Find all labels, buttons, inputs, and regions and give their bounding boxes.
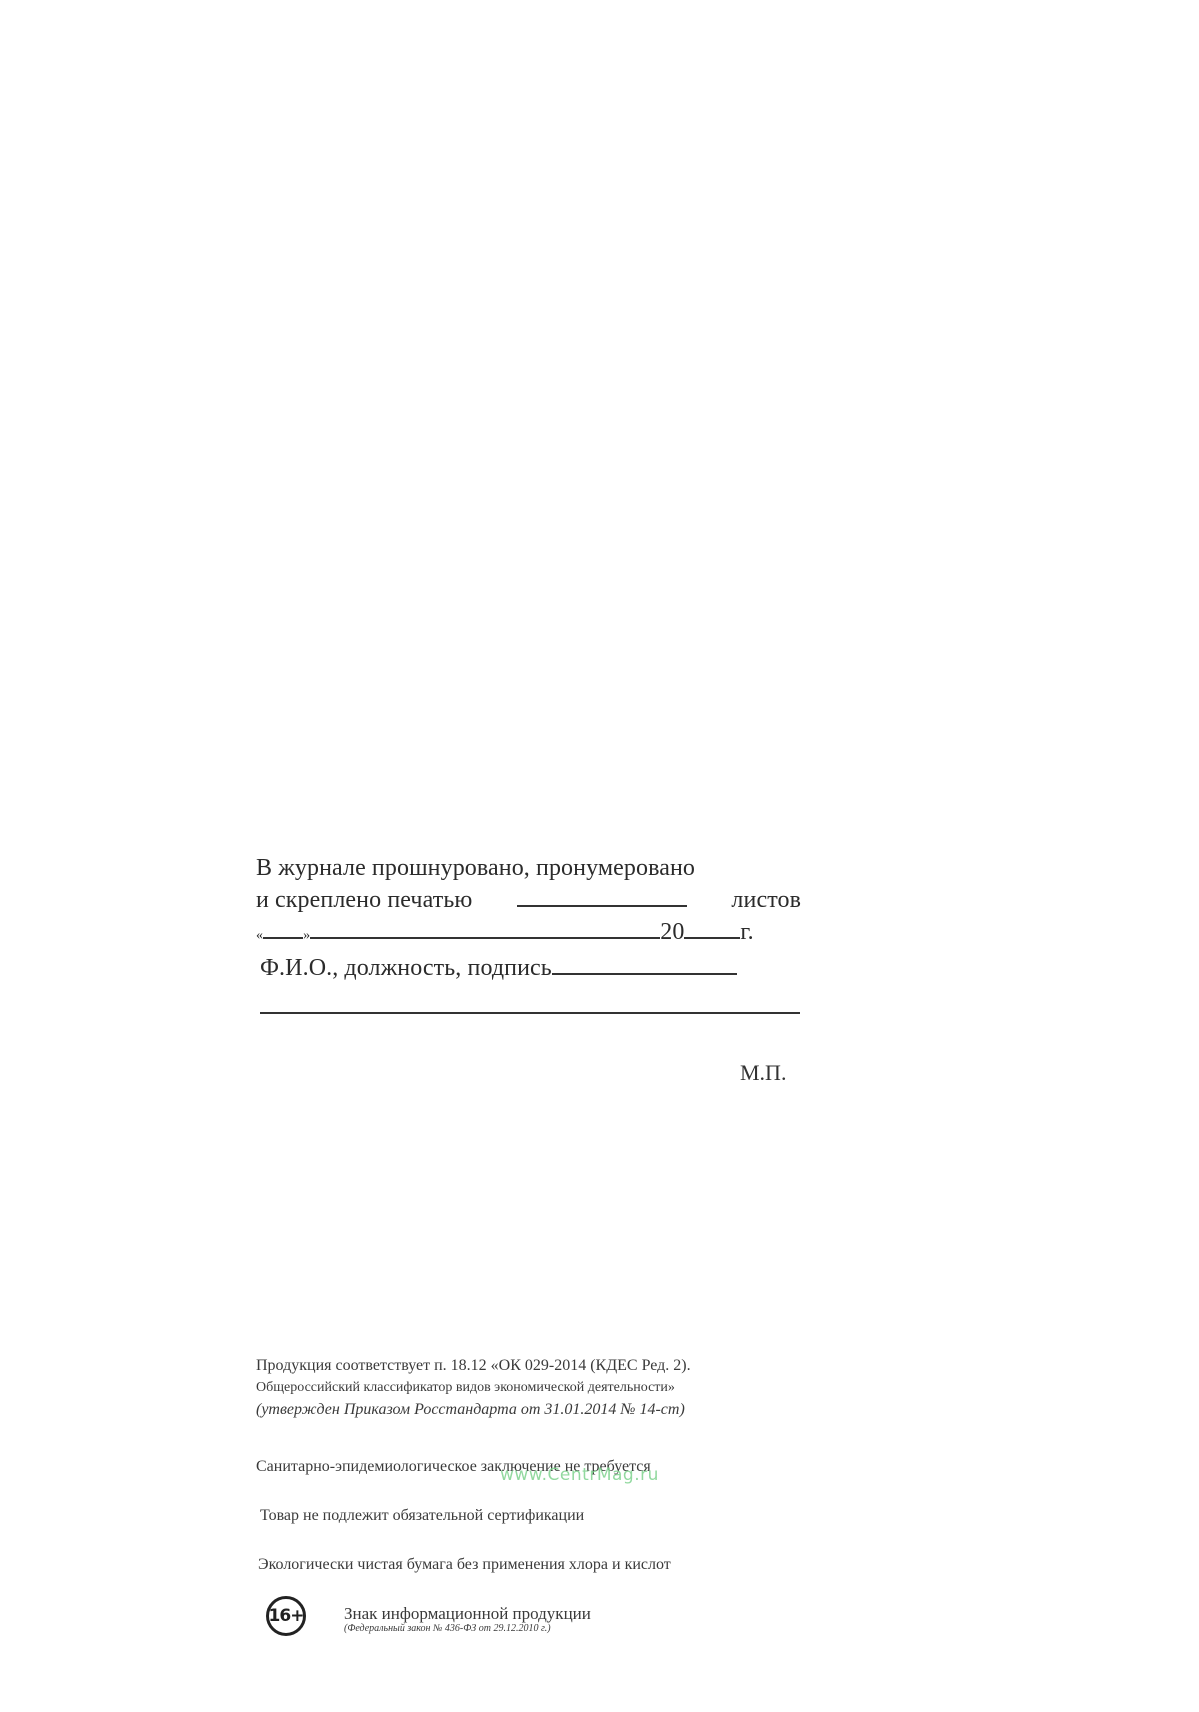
signature-extra-line	[260, 1012, 800, 1014]
age-sign-law: (Федеральный закон № 436-ФЗ от 29.12.201…	[344, 1623, 591, 1635]
age-rating-badge-icon: 16+	[266, 1596, 306, 1636]
compliance-line-3: (утвержден Приказом Росстандарта от 31.0…	[256, 1399, 691, 1421]
signature-label: Ф.И.О., должность, подпись	[260, 952, 552, 984]
watermark: www.CentrMag.ru	[500, 1465, 659, 1485]
compliance-note: Продукция соответствует п. 18.12 «ОК 029…	[256, 1355, 691, 1421]
age-sign-title: Знак информационной продукции	[344, 1605, 591, 1623]
certification-block: В журнале прошнуровано, пронумеровано и …	[256, 852, 801, 984]
close-quote: »	[303, 920, 310, 952]
sheets-count-blank	[517, 904, 687, 907]
cert-line-2: и скреплено печатью листов	[256, 884, 801, 916]
cert-line-1: В журнале прошнуровано, пронумеровано	[256, 852, 801, 884]
cert-line-4-signature: Ф.И.О., должность, подпись	[256, 952, 801, 984]
open-quote: «	[256, 920, 263, 952]
compliance-line-1: Продукция соответствует п. 18.12 «ОК 029…	[256, 1355, 691, 1377]
sheets-label: листов	[731, 884, 801, 916]
signature-blank	[552, 972, 737, 975]
cert-line-3-date: « » 20 г.	[256, 916, 801, 952]
day-blank	[263, 936, 303, 939]
year-blank	[684, 936, 740, 939]
year-suffix: г.	[740, 916, 753, 948]
month-blank	[310, 936, 660, 939]
age-sign-text: Знак информационной продукции (Федеральн…	[344, 1605, 591, 1635]
year-prefix: 20	[660, 916, 684, 948]
eco-note: Экологически чистая бумага без применени…	[258, 1556, 671, 1574]
certification-note: Товар не подлежит обязательной сертифика…	[260, 1507, 584, 1525]
compliance-line-2: Общероссийский классификатор видов эконо…	[256, 1377, 691, 1399]
cert-sealed-label: и скреплено печатью	[256, 884, 472, 916]
stamp-place-label: М.П.	[740, 1060, 786, 1086]
